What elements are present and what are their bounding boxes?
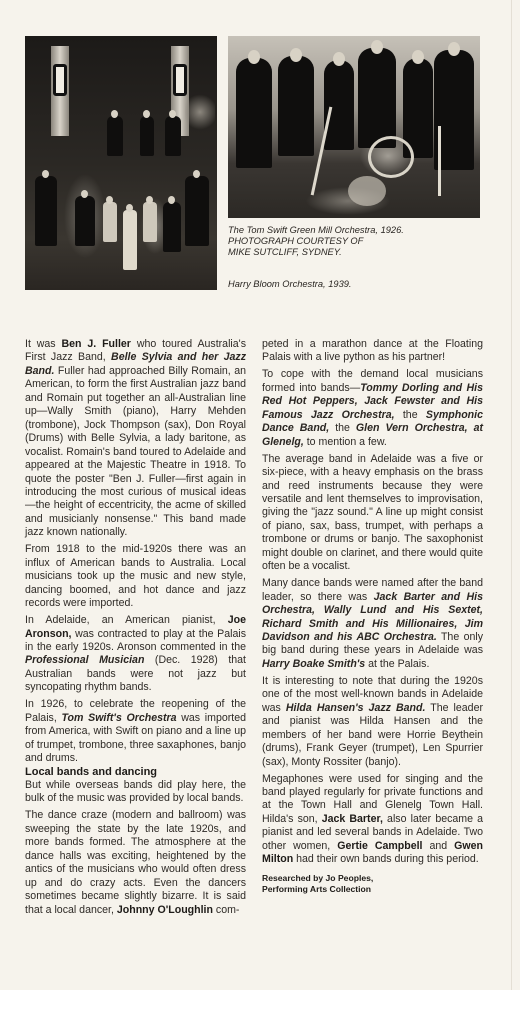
paragraph: To cope with the demand local musicians … [262, 368, 483, 449]
paragraph: But while overseas bands did play here, … [25, 779, 246, 806]
paragraph: The dance craze (modern and ballroom) wa… [25, 809, 246, 917]
credit-line: Researched by Jo Peoples, [262, 873, 373, 883]
name-ben-fuller: Ben J. Fuller [61, 338, 130, 350]
harry-bloom-caption: Harry Bloom Orchestra, 1939. [228, 279, 352, 290]
trumpet-stand [438, 126, 441, 196]
paragraph: In 1926, to celebrate the reopening of t… [25, 698, 246, 765]
palm-plant [185, 92, 215, 132]
credit-line: Performing Arts Collection [262, 884, 371, 894]
band-name: Harry Boake Smith's [262, 658, 365, 670]
tom-swift-orchestra-photo [228, 36, 480, 218]
sousaphone-bell [368, 136, 414, 178]
article-column-right: peted in a marathon dance at the Floatin… [262, 338, 483, 898]
name-gertie-campbell: Gertie Campbell [337, 840, 422, 852]
name-johnny-oloughlin: Johnny O'Loughlin [117, 904, 213, 916]
page-fold-line [511, 0, 512, 990]
paragraph: The average band in Adelaide was a five … [262, 453, 483, 574]
paragraph: It was Ben J. Fuller who toured Australi… [25, 338, 246, 540]
band-name: Hilda Hansen's Jazz Band. [286, 702, 426, 714]
paragraph: In Adelaide, an American pianist, Joe Ar… [25, 614, 246, 695]
paragraph: Megaphones were used for singing and the… [262, 773, 483, 867]
name-jack-barter: Jack Barter, [322, 813, 383, 825]
drum [348, 176, 386, 206]
paragraph: It is interesting to note that during th… [262, 675, 483, 769]
section-heading: Local bands and dancing [25, 766, 246, 779]
caption-line: PHOTOGRAPH COURTESY OF [228, 236, 404, 247]
wall-lamp-left [53, 64, 67, 96]
caption-line: MIKE SUTCLIFF, SYDNEY. [228, 247, 404, 258]
research-credit: Researched by Jo Peoples, Performing Art… [262, 873, 483, 895]
band-name: Tom Swift's Orchestra [61, 712, 176, 724]
paragraph: Many dance bands were named after the ba… [262, 577, 483, 671]
paragraph: From 1918 to the mid-1920s there was an … [25, 543, 246, 610]
paragraph-continued: peted in a marathon dance at the Floatin… [262, 338, 483, 365]
article-column-left: It was Ben J. Fuller who toured Australi… [25, 338, 246, 921]
caption-line: The Tom Swift Green Mill Orchestra, 1926… [228, 225, 404, 236]
publication-title: Professional Musician [25, 654, 144, 666]
tom-swift-caption: The Tom Swift Green Mill Orchestra, 1926… [228, 225, 404, 258]
harry-bloom-orchestra-photo [25, 36, 217, 290]
